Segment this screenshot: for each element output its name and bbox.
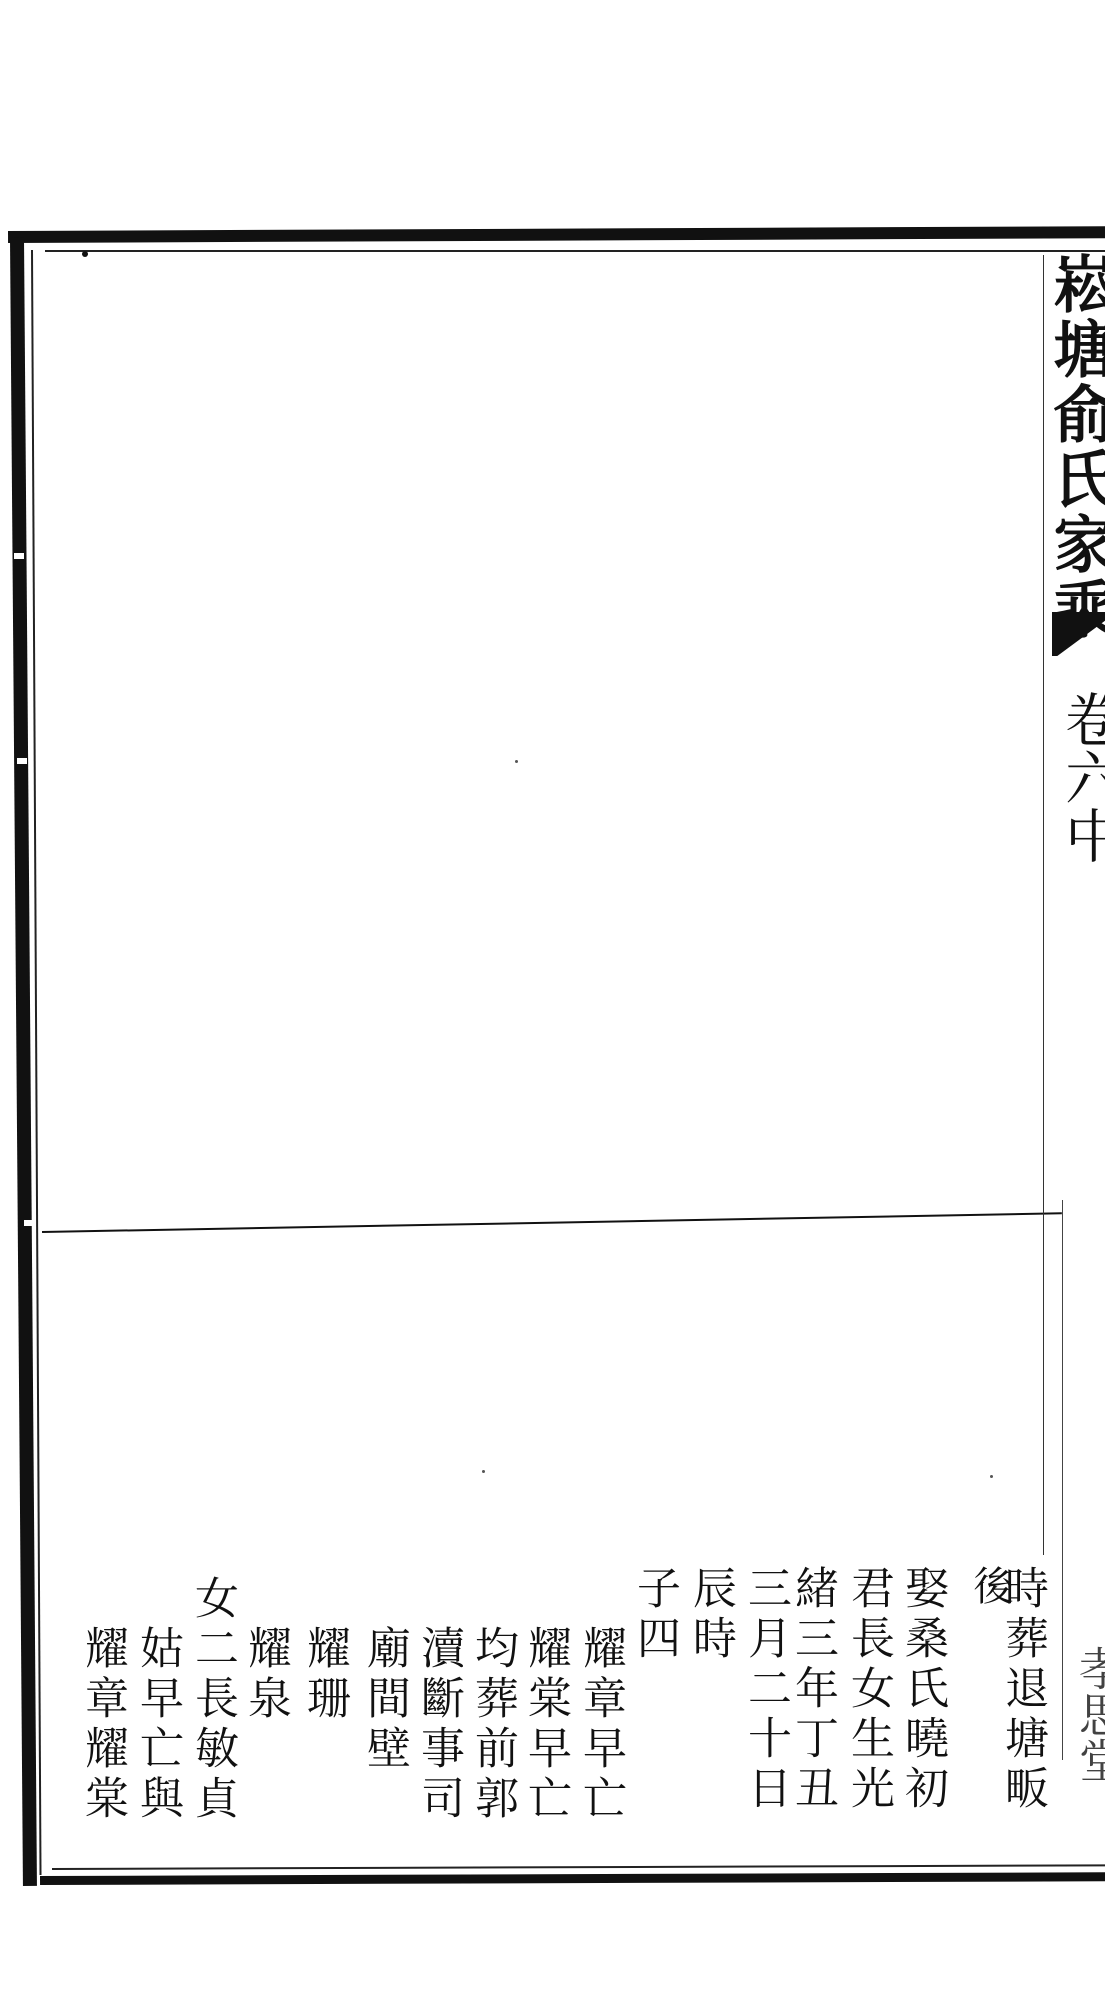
text-column: 緒三年丁丑 [790,1565,834,1815]
frame-notch [14,553,24,559]
text-column: 耀棠早亡 [523,1625,567,1825]
outer-frame-bottom [40,1872,1105,1885]
text-column: 瀆斷事司 [416,1625,460,1825]
inner-frame-top [45,250,1105,252]
text-column: 廟間壁 [362,1625,406,1775]
text-column: 後 [968,1565,1012,1611]
text-column: 娶桑氏曉初 [900,1565,944,1815]
text-column: 耀泉 [243,1625,287,1725]
text-column: 耀章耀棠 [80,1625,124,1825]
text-column: 君長女生光 [846,1565,890,1815]
text-column: 耀章早亡 [578,1625,622,1825]
text-column: 耀珊 [302,1625,346,1725]
inner-frame-bottom [52,1864,1105,1870]
text-column: 姑早亡與 [135,1625,179,1825]
frame-notch [17,758,27,764]
ink-speck [990,1475,993,1478]
text-column: 三月二十日 [743,1565,787,1815]
ink-speck [482,1470,485,1473]
text-column: 女二長敏貞 [190,1575,234,1825]
text-column: 辰時 [688,1565,732,1665]
spine-border-line [1062,1200,1063,1760]
ink-speck [515,760,518,763]
spine-volume: 卷六中 [1058,690,1105,864]
text-column: 均葬前郭 [470,1625,514,1825]
upper-register [45,255,1040,1220]
text-column: 子四 [632,1565,676,1665]
spine-title: 崧塘俞氏家乘 [1050,252,1105,642]
spine-hall-name: 孝思堂 [1072,1645,1105,1783]
outer-frame-top [8,226,1105,243]
frame-notch [24,1220,34,1226]
ink-speck [82,251,88,257]
